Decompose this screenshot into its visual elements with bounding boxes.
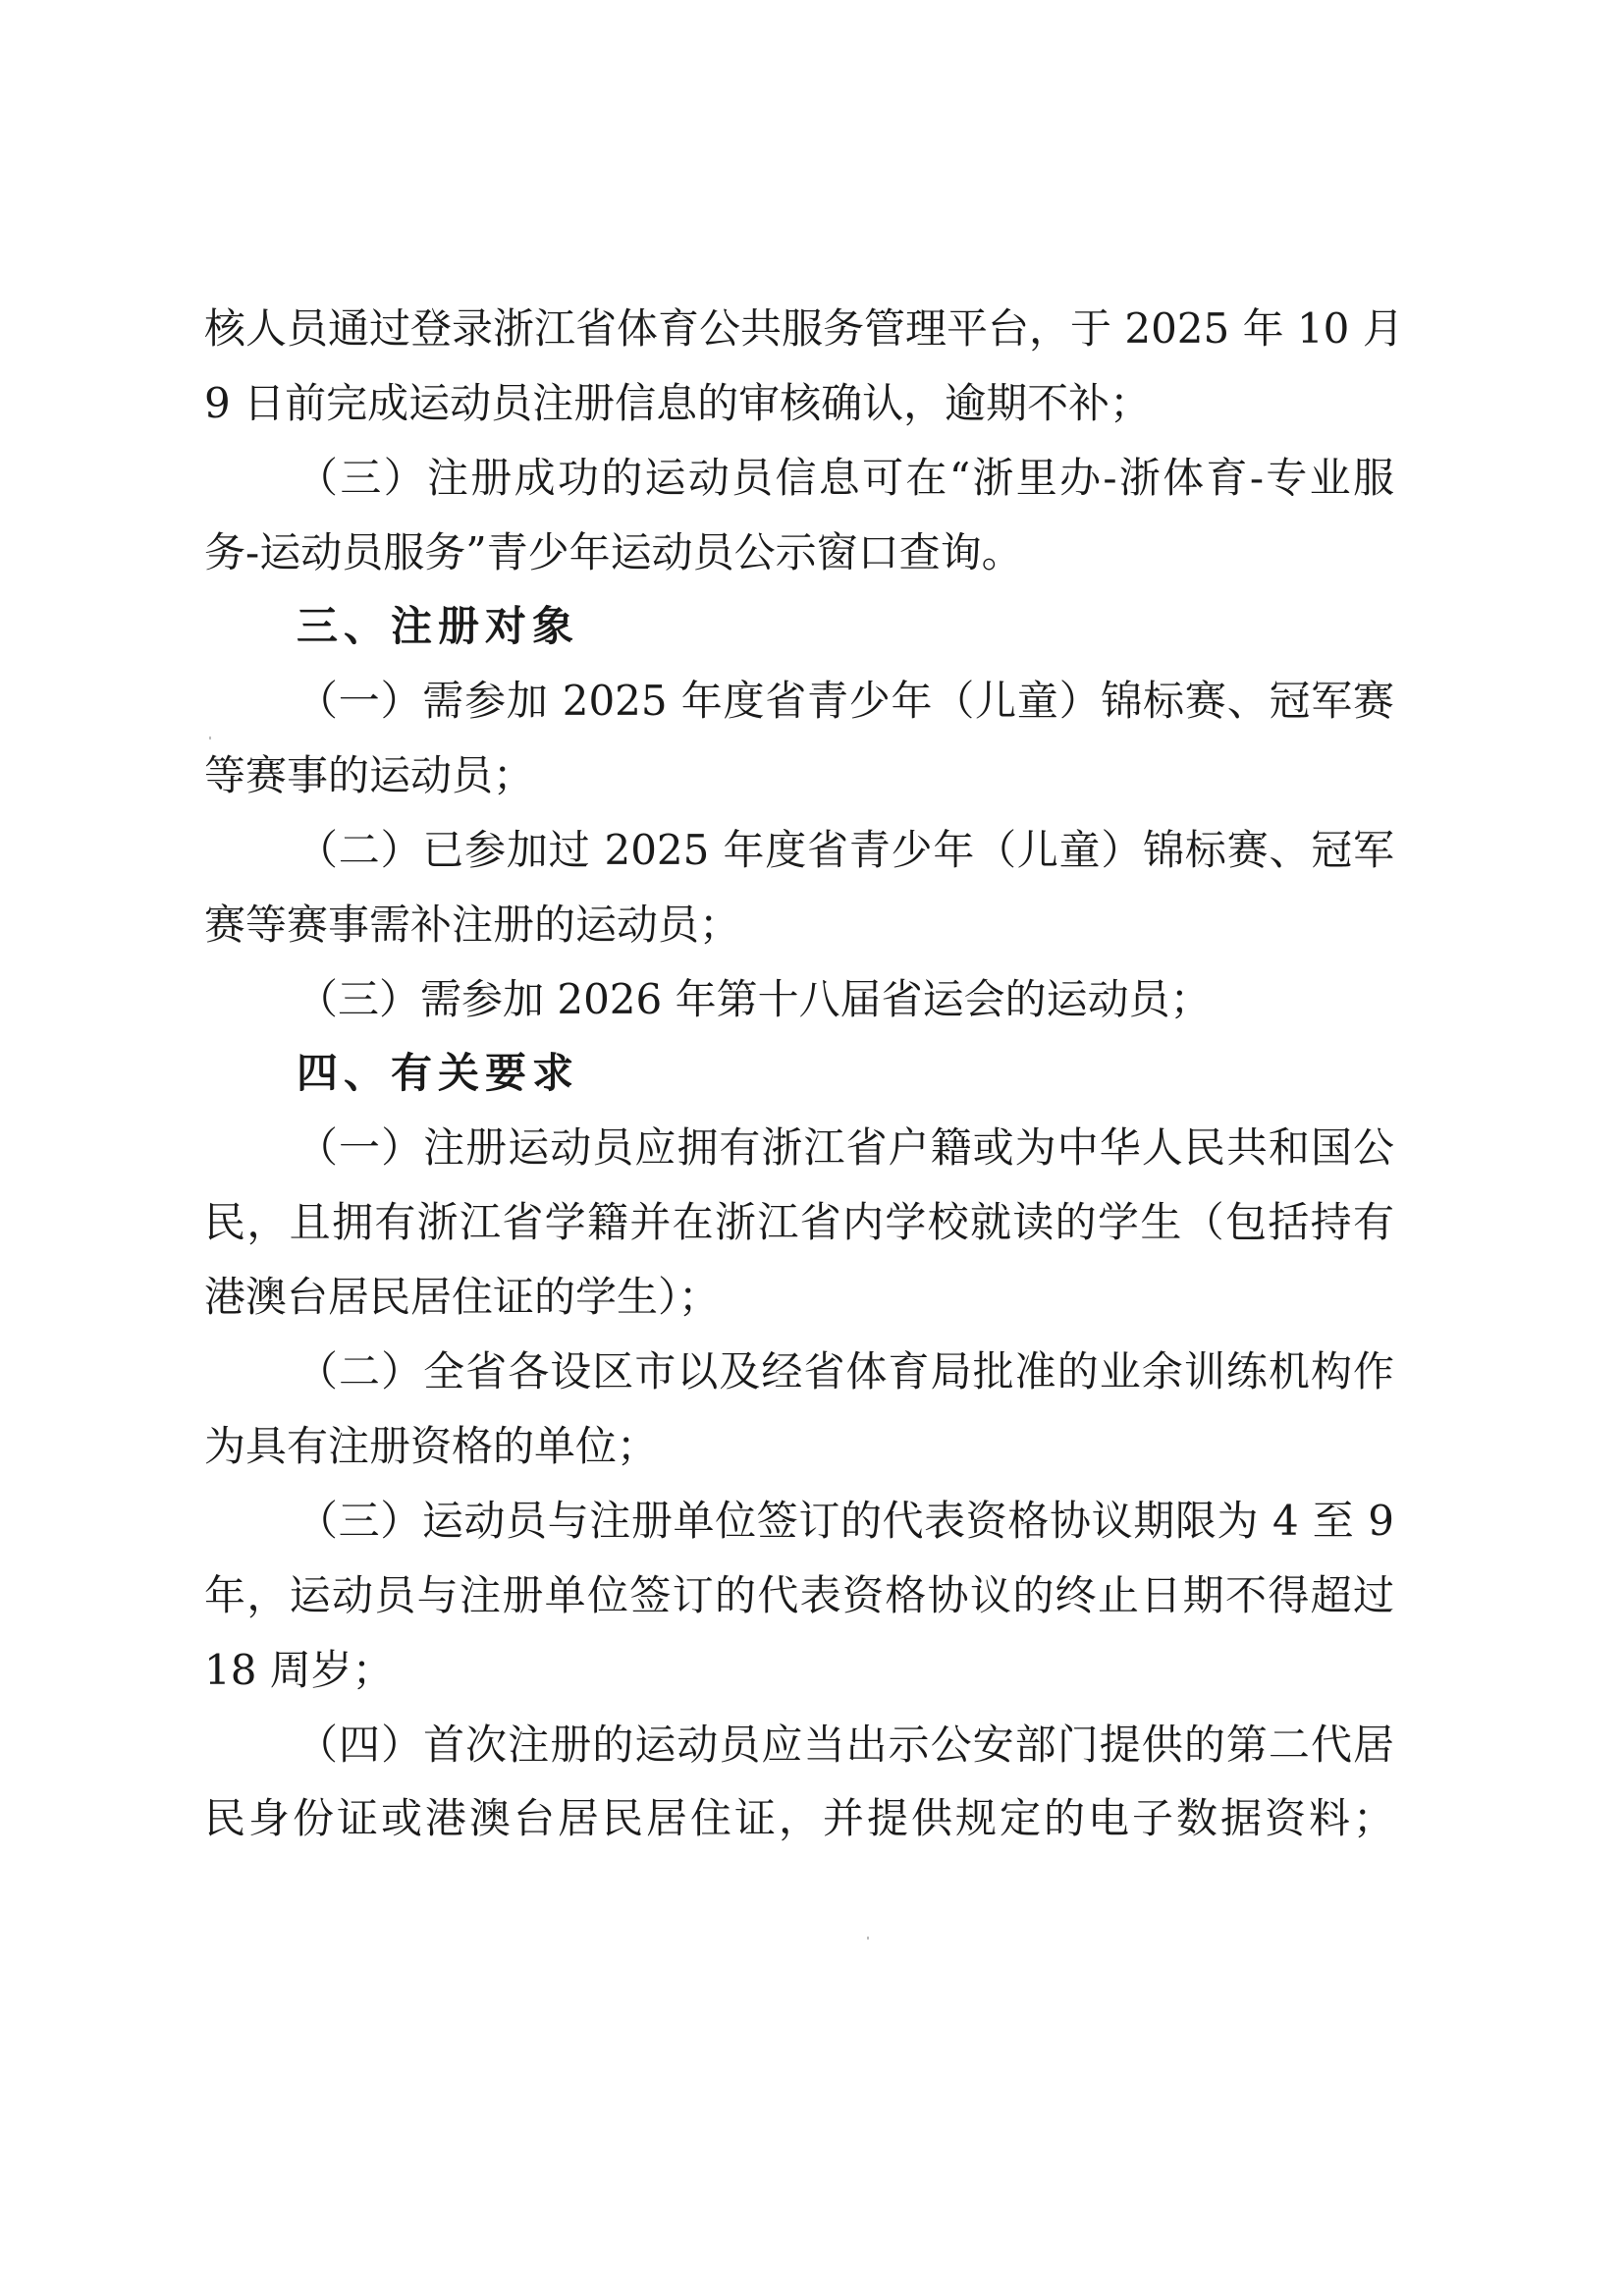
list-item-line: （三）需参加 2026 年第十八届省运会的运动员； (297, 970, 1394, 1029)
list-item-line: （二）已参加过 2025 年度省青少年（儿童）锦标赛、冠军 (297, 821, 1394, 880)
scan-speck (209, 737, 211, 739)
document-page: 核人员通过登录浙江省体育公共服务管理平台，于 2025 年 10 月 9 日前完… (0, 0, 1623, 2296)
list-item-line: （二）全省各设区市以及经省体育局批准的业余训练机构作 (297, 1342, 1394, 1401)
list-item-line: （三）注册成功的运动员信息可在“浙里办-浙体育-专业服 (297, 449, 1394, 508)
text-line: 年，运动员与注册单位签订的代表资格协议的终止日期不得超过 (204, 1566, 1394, 1625)
text-line: 9 日前完成运动员注册信息的审核确认，逾期不补； (204, 374, 1394, 433)
text-line: 等赛事的运动员； (204, 746, 1394, 805)
text-line: 赛等赛事需补注册的运动员； (204, 896, 1394, 955)
list-item-line: （一）注册运动员应拥有浙江省户籍或为中华人民共和国公 (297, 1119, 1394, 1177)
list-item-line: （四）首次注册的运动员应当出示公安部门提供的第二代居 (297, 1716, 1394, 1775)
section-heading: 四、有关要求 (297, 1044, 1394, 1103)
list-item-line: （三）运动员与注册单位签订的代表资格协议期限为 4 至 9 (297, 1492, 1394, 1551)
text-line: 为具有注册资格的单位； (204, 1417, 1394, 1476)
section-heading: 三、注册对象 (297, 597, 1394, 656)
scan-speck (867, 1937, 869, 1940)
text-line: 核人员通过登录浙江省体育公共服务管理平台，于 2025 年 10 月 (204, 300, 1394, 358)
text-line: 务-运动员服务”青少年运动员公示窗口查询。 (204, 523, 1394, 582)
list-item-line: （一）需参加 2025 年度省青少年（儿童）锦标赛、冠军赛 (297, 672, 1394, 731)
text-line: 18 周岁； (204, 1641, 1394, 1700)
text-line: 民身份证或港澳台居民居住证，并提供规定的电子数据资料； (204, 1789, 1394, 1848)
text-line: 民，且拥有浙江省学籍并在浙江省内学校就读的学生（包括持有 (204, 1193, 1394, 1252)
text-line: 港澳台居民居住证的学生）； (204, 1268, 1394, 1327)
